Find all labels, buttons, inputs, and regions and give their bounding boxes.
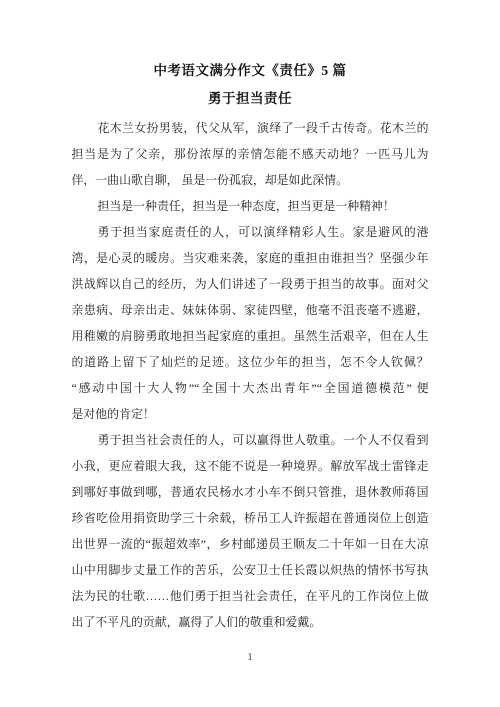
document-title: 中考语文满分作文《责任》5 篇: [0, 64, 500, 78]
text-line: 珍省吃俭用捐资助学三十余载，桥吊工人许振超在普通岗位上创造: [72, 505, 429, 531]
essay-title: 勇于担当责任: [0, 92, 500, 106]
text-line: 伴，一曲山歌自聊， 虽是一份孤寂，却是如此深情。: [72, 167, 429, 193]
text-line: 出世界一流的“振超效率”，乡村邮递员王顺友二十年如一日在大凉: [72, 531, 429, 557]
text-line: 是对他的肯定！: [72, 401, 429, 427]
paragraph: 花木兰女扮男装，代父从军，演绎了一段千古传奇。花木兰的担当是为了父亲，那份浓厚的…: [72, 115, 429, 193]
text-line: 亲患病、母亲出走、妹妹体弱、家徒四壁，他毫不沮丧毫不逃避，: [72, 297, 429, 323]
text-line: 山中用脚步丈量工作的苦乐，公安卫士任长霞以炽热的情怀书写执: [72, 557, 429, 583]
essay-body: 花木兰女扮男装，代父从军，演绎了一段千古传奇。花木兰的担当是为了父亲，那份浓厚的…: [72, 115, 429, 635]
text-line: 到哪好事做到哪，普通农民杨水才小车不倒只管推，退休教师蒋国: [72, 479, 429, 505]
paragraph: 勇于担当家庭责任的人，可以演绎精彩人生。家是避风的港湾，是心灵的暖房。当灾难来袭…: [72, 219, 429, 427]
text-line: 用稚嫩的肩膀勇敢地担当起家庭的重担。虽然生活艰辛，但在人生: [72, 323, 429, 349]
text-line: 出了不平凡的贡献，赢得了人们的敬重和爱戴。: [72, 609, 429, 635]
text-line: 洪战辉以自己的经历，为人们讲述了一段勇于担当的故事。面对父: [72, 271, 429, 297]
text-line: 的道路上留下了灿烂的足迹。这位少年的担当，怎不令人钦佩？: [72, 349, 429, 375]
page-number: 1: [0, 649, 500, 665]
text-line: 法为民的壮歌……他们勇于担当社会责任，在平凡的工作岗位上做: [72, 583, 429, 609]
text-line: “感动中国十大人物”“全国十大杰出青年”“全国道德模范” 便: [72, 375, 429, 401]
text-line: 勇于担当社会责任的人，可以赢得世人敬重。一个人不仅看到: [72, 427, 429, 453]
text-line: 小我，更应着眼大我，这不能不说是一种境界。解放军战士雷锋走: [72, 453, 429, 479]
document-page: 中考语文满分作文《责任》5 篇 勇于担当责任 花木兰女扮男装，代父从军，演绎了一…: [0, 0, 500, 707]
paragraph: 担当是一种责任，担当是一种态度，担当更是一种精神！: [72, 193, 429, 219]
text-line: 勇于担当家庭责任的人，可以演绎精彩人生。家是避风的港: [72, 219, 429, 245]
text-line: 花木兰女扮男装，代父从军，演绎了一段千古传奇。花木兰的: [72, 115, 429, 141]
text-line: 担当是一种责任，担当是一种态度，担当更是一种精神！: [72, 193, 429, 219]
text-line: 湾，是心灵的暖房。当灾难来袭，家庭的重担由谁担当？坚强少年: [72, 245, 429, 271]
text-line: 担当是为了父亲，那份浓厚的亲情怎能不感天动地？一匹马儿为: [72, 141, 429, 167]
paragraph: 勇于担当社会责任的人，可以赢得世人敬重。一个人不仅看到小我，更应着眼大我，这不能…: [72, 427, 429, 635]
